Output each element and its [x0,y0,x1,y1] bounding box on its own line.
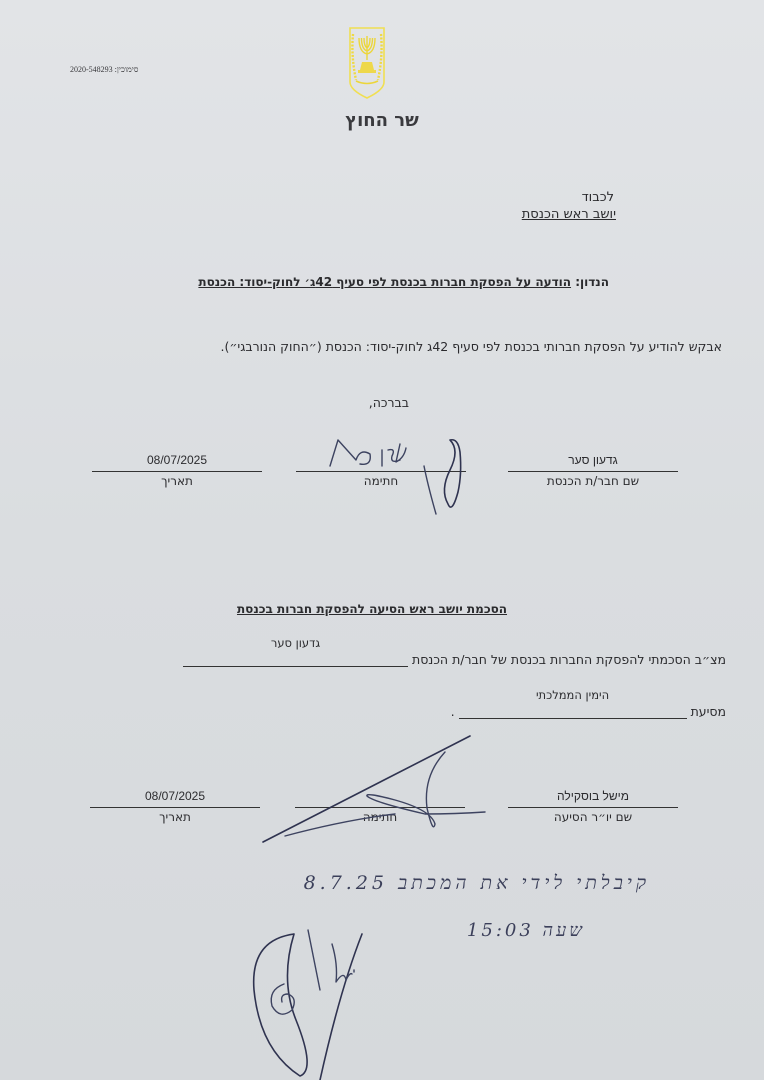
addressee-name: יושב ראש הכנסת [522,207,616,222]
consent-text: מצ״ב הסכמתי להפסקת החברות בכנסת של חבר/ת… [412,652,726,667]
member-date-line [92,471,262,472]
member-date-value: 08/07/2025 [92,452,262,468]
consent-line: מצ״ב הסכמתי להפסקת החברות בכנסת של חבר/ת… [183,652,726,667]
member-name-field: גדעון סער שם חבר/ת הכנסת [508,452,678,488]
chair-date-field: 08/07/2025 תאריך [90,788,260,824]
chair-date-line [90,807,260,808]
chair-signature-icon [255,730,485,850]
subject-line: הנדון: הודעה על הפסקת חברות בכנסת לפי סע… [198,275,609,289]
faction-label: מסיעת [691,704,726,719]
chair-date-value: 08/07/2025 [90,788,260,804]
receipt-signature-icon [250,920,390,1080]
member-name-label: שם חבר/ת הכנסת [508,474,678,488]
closing: בברכה, [369,395,409,410]
chair-date-label: תאריך [90,810,260,824]
consent-member-field: גדעון סער [183,652,408,667]
consent-member-value: גדעון סער [183,636,408,650]
subject-text: הודעה על הפסקת חברות בכנסת לפי סעיף 42ג׳… [198,275,571,289]
handwritten-receipt-line: קיבלתי לידי את המכתב 8.7.25 [220,872,650,895]
chair-name-value: מישל בוסקילה [508,788,678,804]
member-name-value: גדעון סער [508,452,678,468]
member-date-label: תאריך [92,474,262,488]
faction-line: מסיעת הימין הממלכתי . [451,704,726,719]
state-emblem-icon [347,26,387,100]
body-paragraph: אבקש להודיע על הפסקת חברותי בכנסת לפי סע… [221,339,723,354]
section2-title: הסכמת יושב ראש הסיעה להפסקת חברות בכנסת [0,602,764,616]
chair-name-label: שם יו״ר הסיעה [508,810,678,824]
member-date-field: 08/07/2025 תאריך [92,452,262,488]
subject-label: הנדון: [575,275,609,289]
faction-value: הימין הממלכתי [459,688,687,702]
ministry-title: שר החוץ [0,110,764,131]
member-signature-icon [300,430,480,530]
chair-name-line [508,807,678,808]
chair-name-field: מישל בוסקילה שם יו״ר הסיעה [508,788,678,824]
member-name-line [508,471,678,472]
addressee-label: לכבוד [582,190,614,205]
reference-number: סימוכין: 2020-548293 [70,65,138,74]
faction-field: הימין הממלכתי [459,704,687,719]
handwritten-time-line: שעה 15:03 [435,920,585,941]
